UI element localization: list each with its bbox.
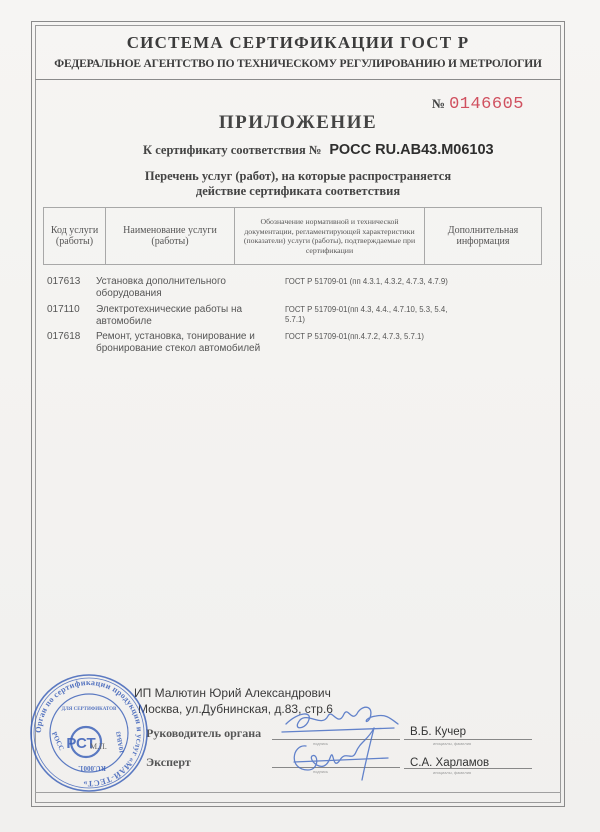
header-name: Наименование услуги (работы) (106, 208, 235, 265)
list-title-line2: действие сертификата соответствия (35, 184, 561, 199)
service-code: 017613 (47, 276, 80, 287)
certificate-number: РОСС RU.АВ43.М06103 (329, 142, 493, 158)
agency-title: ФЕДЕРАЛЬНОЕ АГЕНТСТВО ПО ТЕХНИЧЕСКОМУ РЕ… (35, 58, 561, 70)
stamp-right-text: 10АВ43 (115, 730, 126, 754)
stamp-bottom-text: RU.0001. (78, 764, 106, 772)
system-title: СИСТЕМА СЕРТИФИКАЦИИ ГОСТ Р (35, 33, 561, 53)
service-name: Ремонт, установка, тонирование и брониро… (96, 331, 276, 355)
table-row: 017618 Ремонт, установка, тонирование и … (47, 331, 537, 359)
certification-stamp: Орган по сертификации продукции и услуг … (28, 672, 150, 794)
certificate-reference: К сертификату соответствия №РОСС RU.АВ43… (143, 142, 494, 158)
service-name: Установка дополнительного оборудования (96, 276, 276, 300)
stamp-left-text: РОСС (50, 730, 66, 751)
handwritten-signatures (278, 700, 408, 782)
stamp-center-top: ДЛЯ СЕРТИФИКАТОВ (62, 707, 117, 712)
initials-sublabel: инициалы, фамилия (433, 770, 471, 775)
service-standard: ГОСТ Р 51709-01 (пп 4.3.1, 4.3.2, 4.7.3,… (285, 277, 465, 288)
number-sign: № (432, 96, 445, 111)
certification-body-name: ИП Малютин Юрий Александрович (134, 686, 331, 700)
certificate-reference-label: К сертификату соответствия № (143, 143, 321, 157)
head-name-line (404, 739, 532, 740)
header-documentation: Обозначение нормативной и технической до… (235, 208, 425, 265)
initials-sublabel: инициалы, фамилия (433, 741, 471, 746)
form-number: №0146605 (432, 93, 524, 114)
service-name: Электротехнические работы на автомобиле (96, 304, 276, 328)
expert-label: Эксперт (146, 755, 191, 770)
head-label: Руководитель органа (146, 726, 261, 741)
services-table-header: Код услуги (работы) Наименование услуги … (43, 207, 542, 265)
table-row: 017110 Электротехнические работы на авто… (47, 304, 537, 332)
appendix-title: ПРИЛОЖЕНИЕ (35, 112, 561, 134)
service-code: 017618 (47, 331, 80, 342)
expert-name-line (404, 768, 532, 769)
header-code: Код услуги (работы) (44, 208, 106, 265)
list-title-line1: Перечень услуг (работ), на которые распр… (35, 169, 561, 184)
service-standard: ГОСТ Р 51709-01(пп 4.3, 4.4., 4.7.10, 5.… (285, 305, 465, 326)
header-additional-info: Дополнительная информация (425, 208, 542, 265)
list-title: Перечень услуг (работ), на которые распр… (35, 169, 561, 199)
table-row: 017613 Установка дополнительного оборудо… (47, 276, 537, 304)
stamp-mp: М.П. (90, 742, 107, 751)
services-list: 017613 Установка дополнительного оборудо… (47, 276, 537, 359)
service-code: 017110 (47, 304, 80, 315)
head-name: В.Б. Кучер (410, 726, 466, 738)
service-standard: ГОСТ Р 51709-01(пп.4.7.2, 4.7.3, 5.7.1) (285, 332, 465, 343)
